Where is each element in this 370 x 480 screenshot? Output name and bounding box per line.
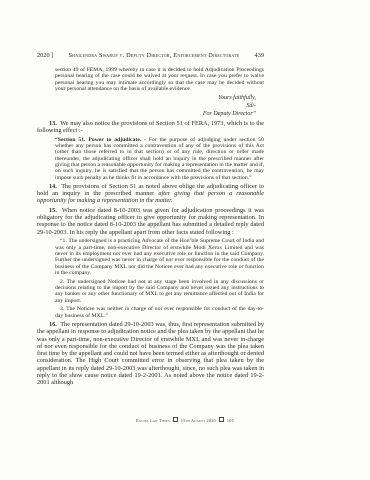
square-separator-icon <box>219 417 224 422</box>
signature-block: Yours faithfully, Sd/- For Deputy Direct… <box>37 94 264 118</box>
header-case-title: Shailendra Swarup v. Deputy Director, En… <box>57 52 250 59</box>
signature-line-faithfully: Yours faithfully, <box>37 94 256 102</box>
reply-item-2: 2. The undersigned Noticee had not at an… <box>55 279 264 304</box>
paragraph-14-number: 14. <box>49 183 57 190</box>
paragraph-16-number: 16. <box>49 321 57 328</box>
paragraph-15-text: When notice dated 8-10-2003 was given fo… <box>37 207 264 236</box>
page-footer: Excise Law Times15th August 2020105 <box>0 417 370 423</box>
paragraph-13: 13. We may also notice the provisions of… <box>37 120 264 135</box>
section-51-quote: “Section 51. Power to adjudicate. - For … <box>55 137 264 181</box>
paragraph-14: 14. The provisions of Section 51 as note… <box>37 183 264 205</box>
signature-line-deputy-director: For Deputy Director” <box>37 110 256 118</box>
reply-item-3: 3. The Noticee was neither in charge of … <box>55 306 264 319</box>
text-block: 2020 ] Shailendra Swarup v. Deputy Direc… <box>37 52 264 388</box>
paragraph-16: 16. The representation dated 29-10-2003 … <box>37 321 264 387</box>
paragraph-16-text: The representation dated 29-10-2003 was,… <box>37 321 264 386</box>
reply-item-1-number: “1. <box>60 238 67 244</box>
paragraph-15: 15. When notice dated 8-10-2003 was give… <box>37 207 264 236</box>
footer-issue-date: 15th August 2020 <box>181 418 216 423</box>
reply-item-1: “1. The undersigned is a practicing Advo… <box>55 238 264 276</box>
paragraph-13-text: We may also notice the provisions of Sec… <box>37 120 264 134</box>
section-51-text: - For the purpose of adjudging under sec… <box>55 137 264 181</box>
reply-item-3-text: The Noticee was neither in charge of nor… <box>55 306 264 318</box>
paragraph-15-number: 15. <box>49 207 57 214</box>
reply-item-3-number: 3. <box>60 306 64 312</box>
reply-item-2-text: The undersigned Noticee had not at any s… <box>55 279 264 304</box>
square-separator-icon <box>173 417 178 422</box>
running-head: 2020 ] Shailendra Swarup v. Deputy Direc… <box>37 52 264 59</box>
section-51-heading: “Section 51. Power to adjudicate. <box>55 137 141 143</box>
paragraph-13-number: 13. <box>49 120 57 127</box>
document-page: 2020 ] Shailendra Swarup v. Deputy Direc… <box>0 0 370 480</box>
footer-page-marker: 105 <box>227 418 234 423</box>
opening-quote-continuation: section 49 of FEMA, 1999 whereby in case… <box>55 67 264 92</box>
header-year: 2020 ] <box>37 52 53 59</box>
signature-line-sd: Sd/- <box>37 102 256 110</box>
footer-journal-name: Excise Law Times <box>136 418 170 423</box>
reply-item-1-text: The undersigned is a practicing Advocate… <box>55 238 264 275</box>
reply-item-2-number: 2. <box>60 279 64 285</box>
header-page-number: 439 <box>255 52 264 59</box>
